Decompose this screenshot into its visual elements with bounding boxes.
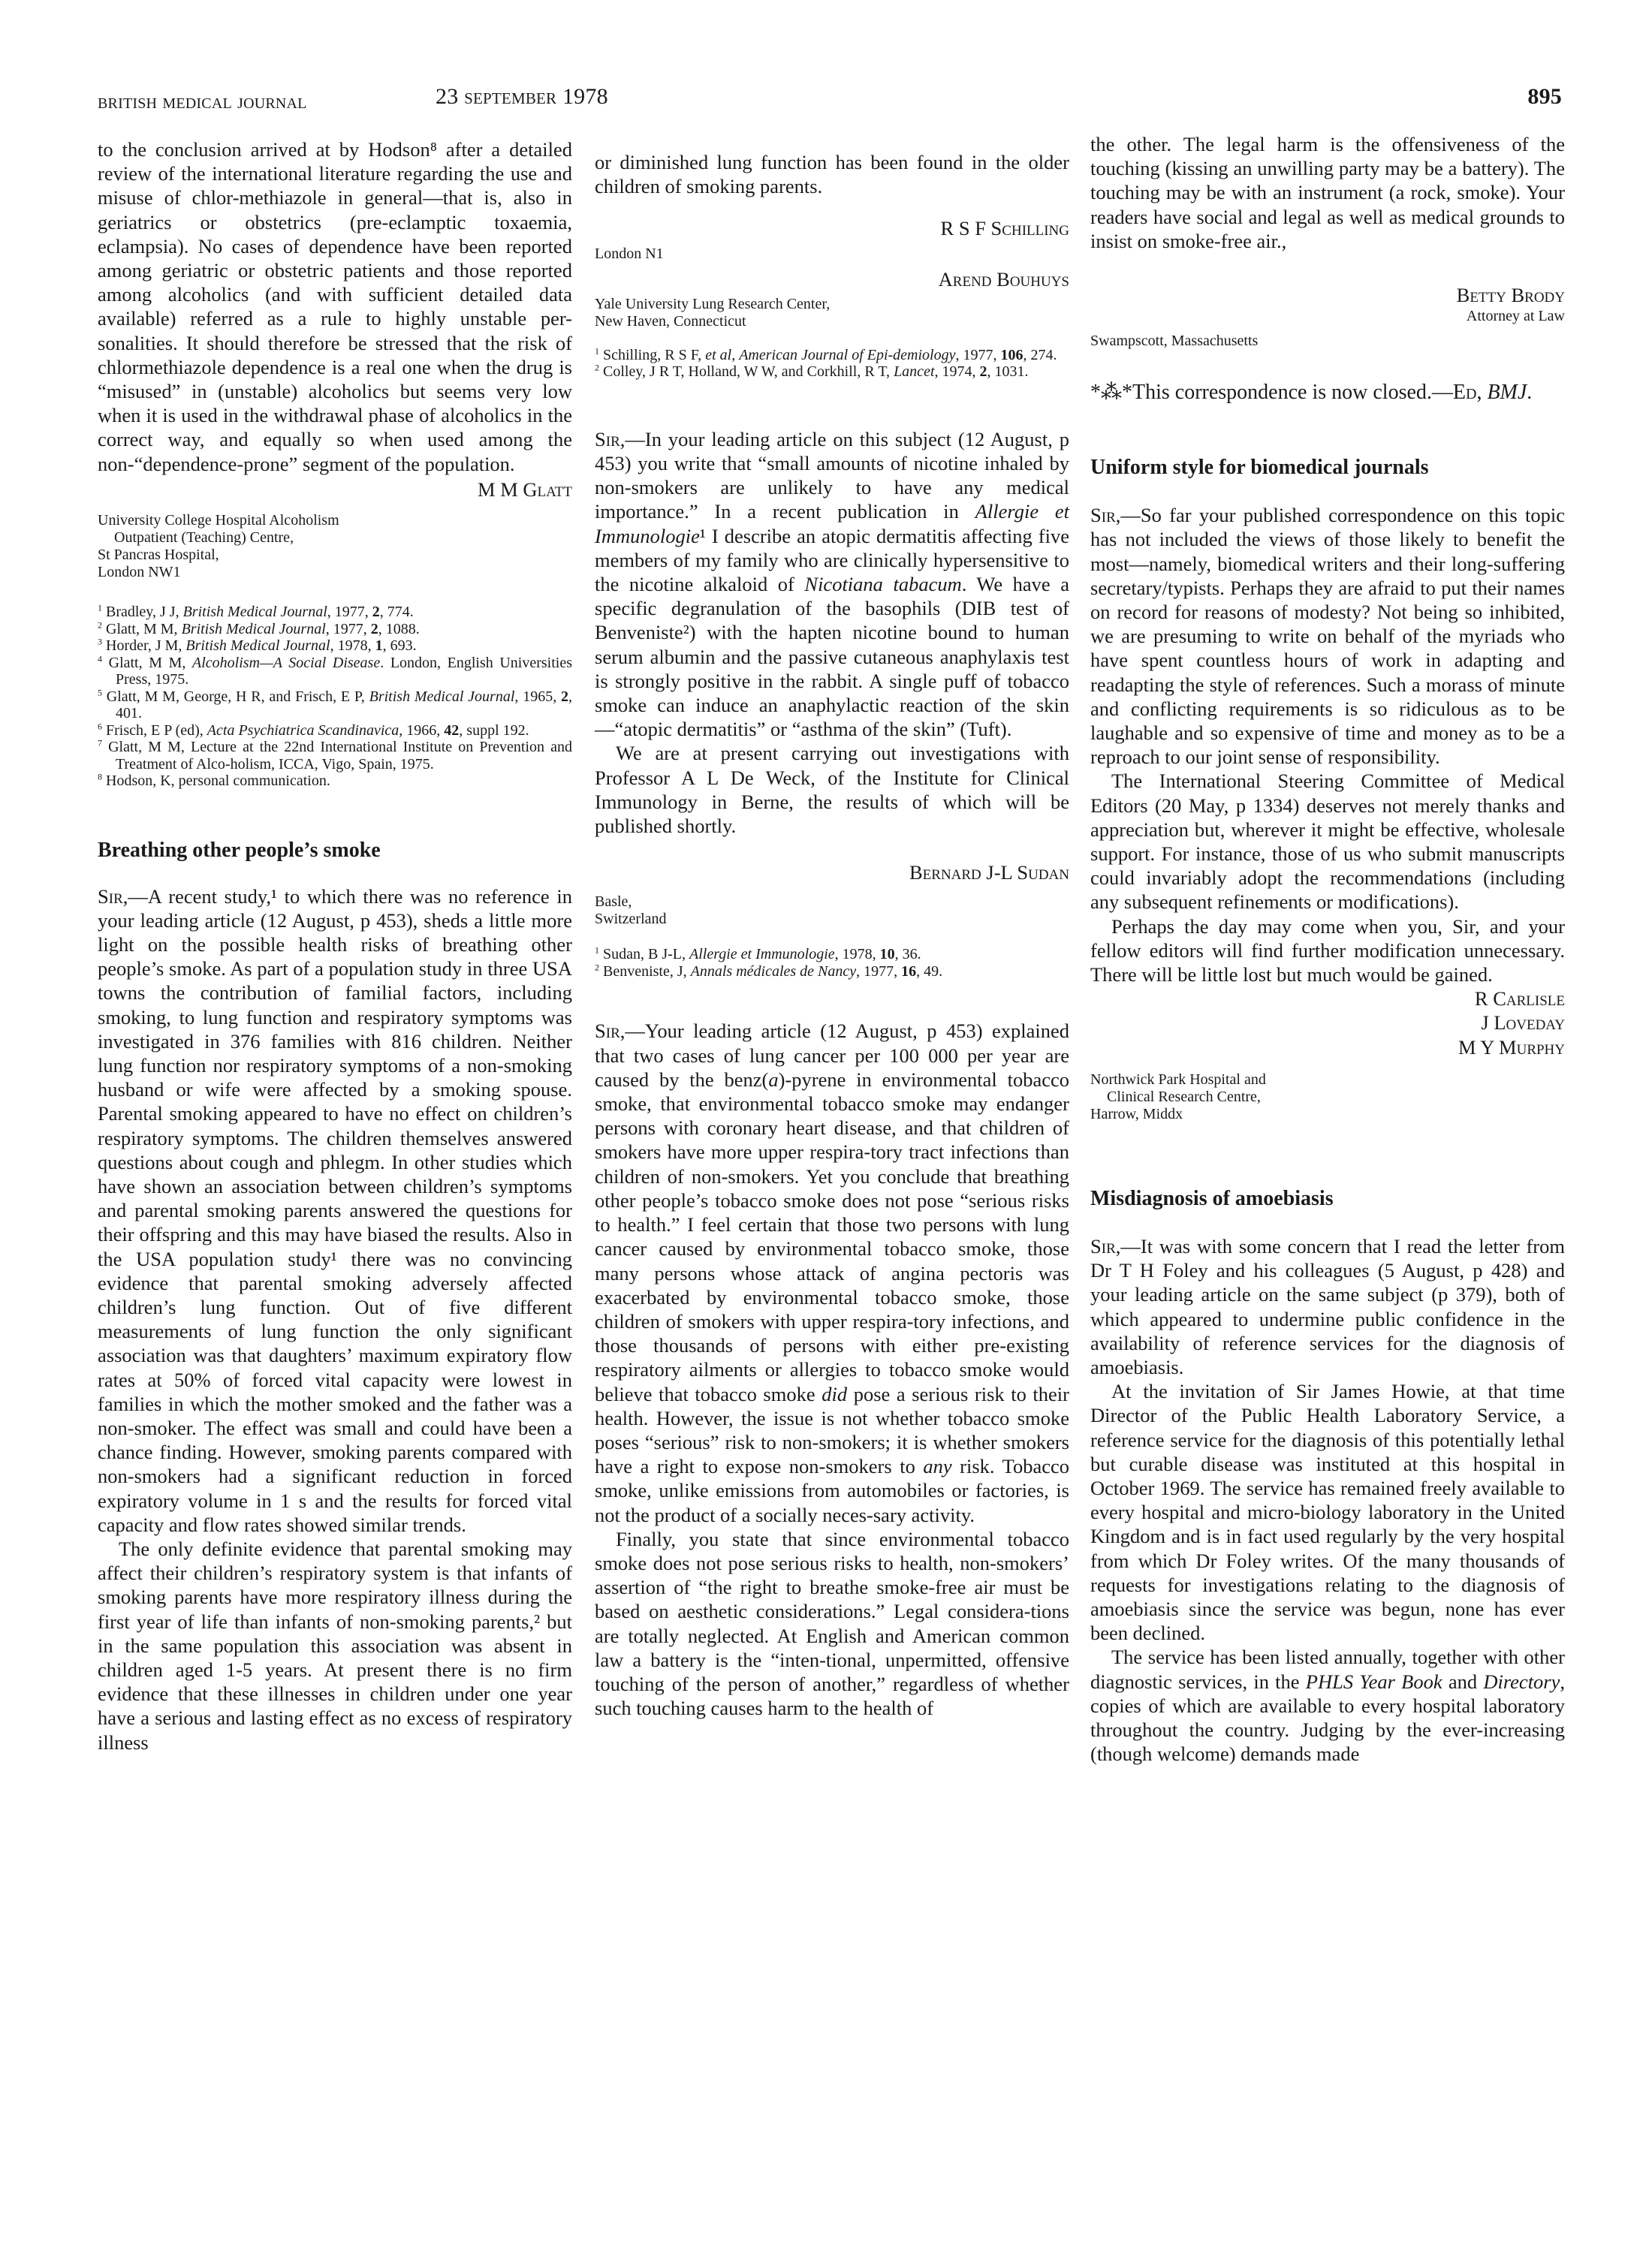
address-glatt: University College Hospital Alcoholism O… xyxy=(98,512,572,581)
letter-carlisle-para1: Sir,—So far your published correspondenc… xyxy=(1090,503,1565,769)
letter-amoebiasis-para2: At the invitation of Sir James Howie, at… xyxy=(1090,1379,1565,1645)
signature-loveday: J Loveday xyxy=(1090,1011,1565,1035)
reference-item: 2 Colley, J R T, Holland, W W, and Corkh… xyxy=(595,363,1069,381)
editor-note: *⁂*This correspondence is now closed.—Ed… xyxy=(1090,380,1565,405)
reference-item: 5 Glatt, M M, George, H R, and Frisch, E… xyxy=(98,688,572,722)
brody-letter-continuation: the other. The legal harm is the offensi… xyxy=(1090,132,1565,253)
letter-schilling-para2: The only definite evidence that parental… xyxy=(98,1537,572,1754)
references-glatt: 1 Bradley, J J, British Medical Journal,… xyxy=(98,604,572,790)
running-head: British Medical Journal 23 September 197… xyxy=(98,84,1562,114)
address-carlisle: Northwick Park Hospital and Clinical Res… xyxy=(1090,1071,1565,1123)
issue-date: 23 September 1978 xyxy=(436,84,608,110)
letter-amoebiasis-para1: Sir,—It was with some concern that I rea… xyxy=(1090,1234,1565,1379)
signature-schilling: R S F Schilling xyxy=(595,216,1069,240)
reference-item: 6 Frisch, E P (ed), Acta Psychiatrica Sc… xyxy=(98,722,572,739)
section-heading-breathing-smoke: Breathing other people’s smoke xyxy=(98,838,572,863)
signature-sudan: Bernard J-L Sudan xyxy=(595,860,1069,884)
letter-sudan-para1: Sir,—In your leading article on this sub… xyxy=(595,427,1069,742)
letter-carlisle-para3: Perhaps the day may come when you, Sir, … xyxy=(1090,914,1565,987)
column-left: to the conclusion arrived at by Hodson⁸ … xyxy=(98,137,572,1754)
signature-murphy: M Y Murphy xyxy=(1090,1035,1565,1059)
glatt-letter-continuation: to the conclusion arrived at by Hodson⁸ … xyxy=(98,137,572,476)
reference-item: 4 Glatt, M M, Alcoholism—A Social Diseas… xyxy=(98,655,572,688)
letter-schilling-para1: Sir,—A recent study,¹ to which there was… xyxy=(98,884,572,1537)
address-sudan: Basle, Switzerland xyxy=(595,893,1069,928)
reference-item: 8 Hodson, K, personal communication. xyxy=(98,773,572,790)
references-sudan: 1 Sudan, B J-L, Allergie et Immunologie,… xyxy=(595,946,1069,980)
title-brody: Attorney at Law xyxy=(1090,307,1565,325)
address-schilling: London N1 xyxy=(595,245,1069,263)
reference-item: 1 Sudan, B J-L, Allergie et Immunologie,… xyxy=(595,946,1069,963)
reference-item: 1 Schilling, R S F, et al, American Jour… xyxy=(595,347,1069,364)
signature-carlisle: R Carlisle xyxy=(1090,986,1565,1011)
signature-glatt: M M Glatt xyxy=(98,477,572,501)
section-heading-amoebiasis: Misdiagnosis of amoebiasis xyxy=(1090,1186,1565,1212)
signature-brody: Betty Brody xyxy=(1090,283,1565,307)
address-brody: Swampscott, Massachusetts xyxy=(1090,333,1565,350)
column-right: the other. The legal harm is the offensi… xyxy=(1090,132,1565,1766)
letter-amoebiasis-para3: The service has been listed annually, to… xyxy=(1090,1645,1565,1766)
reference-item: 3 Horder, J M, British Medical Journal, … xyxy=(98,637,572,655)
letter-sudan-para2: We are at present carrying out investiga… xyxy=(595,741,1069,838)
letter-carlisle-para2: The International Steering Committee of … xyxy=(1090,769,1565,914)
reference-item: 7 Glatt, M M, Lecture at the 22nd Intern… xyxy=(98,739,572,773)
reference-item: 1 Bradley, J J, British Medical Journal,… xyxy=(98,604,572,621)
letter-brody-para1: Sir,—Your leading article (12 August, p … xyxy=(595,1019,1069,1526)
column-middle: or diminished lung function has been fou… xyxy=(595,150,1069,1720)
references-schilling: 1 Schilling, R S F, et al, American Jour… xyxy=(595,347,1069,381)
section-heading-uniform-style: Uniform style for biomedical journals xyxy=(1090,455,1565,480)
schilling-letter-continuation: or diminished lung function has been fou… xyxy=(595,150,1069,198)
page-number: 895 xyxy=(1527,84,1562,110)
address-bouhuys: Yale University Lung Research Center, Ne… xyxy=(595,296,1069,330)
reference-item: 2 Glatt, M M, British Medical Journal, 1… xyxy=(98,621,572,638)
reference-item: 2 Benveniste, J, Annals médicales de Nan… xyxy=(595,963,1069,980)
signature-bouhuys: Arend Bouhuys xyxy=(595,267,1069,291)
journal-name: British Medical Journal xyxy=(98,90,307,114)
letter-brody-para2: Finally, you state that since environmen… xyxy=(595,1527,1069,1721)
